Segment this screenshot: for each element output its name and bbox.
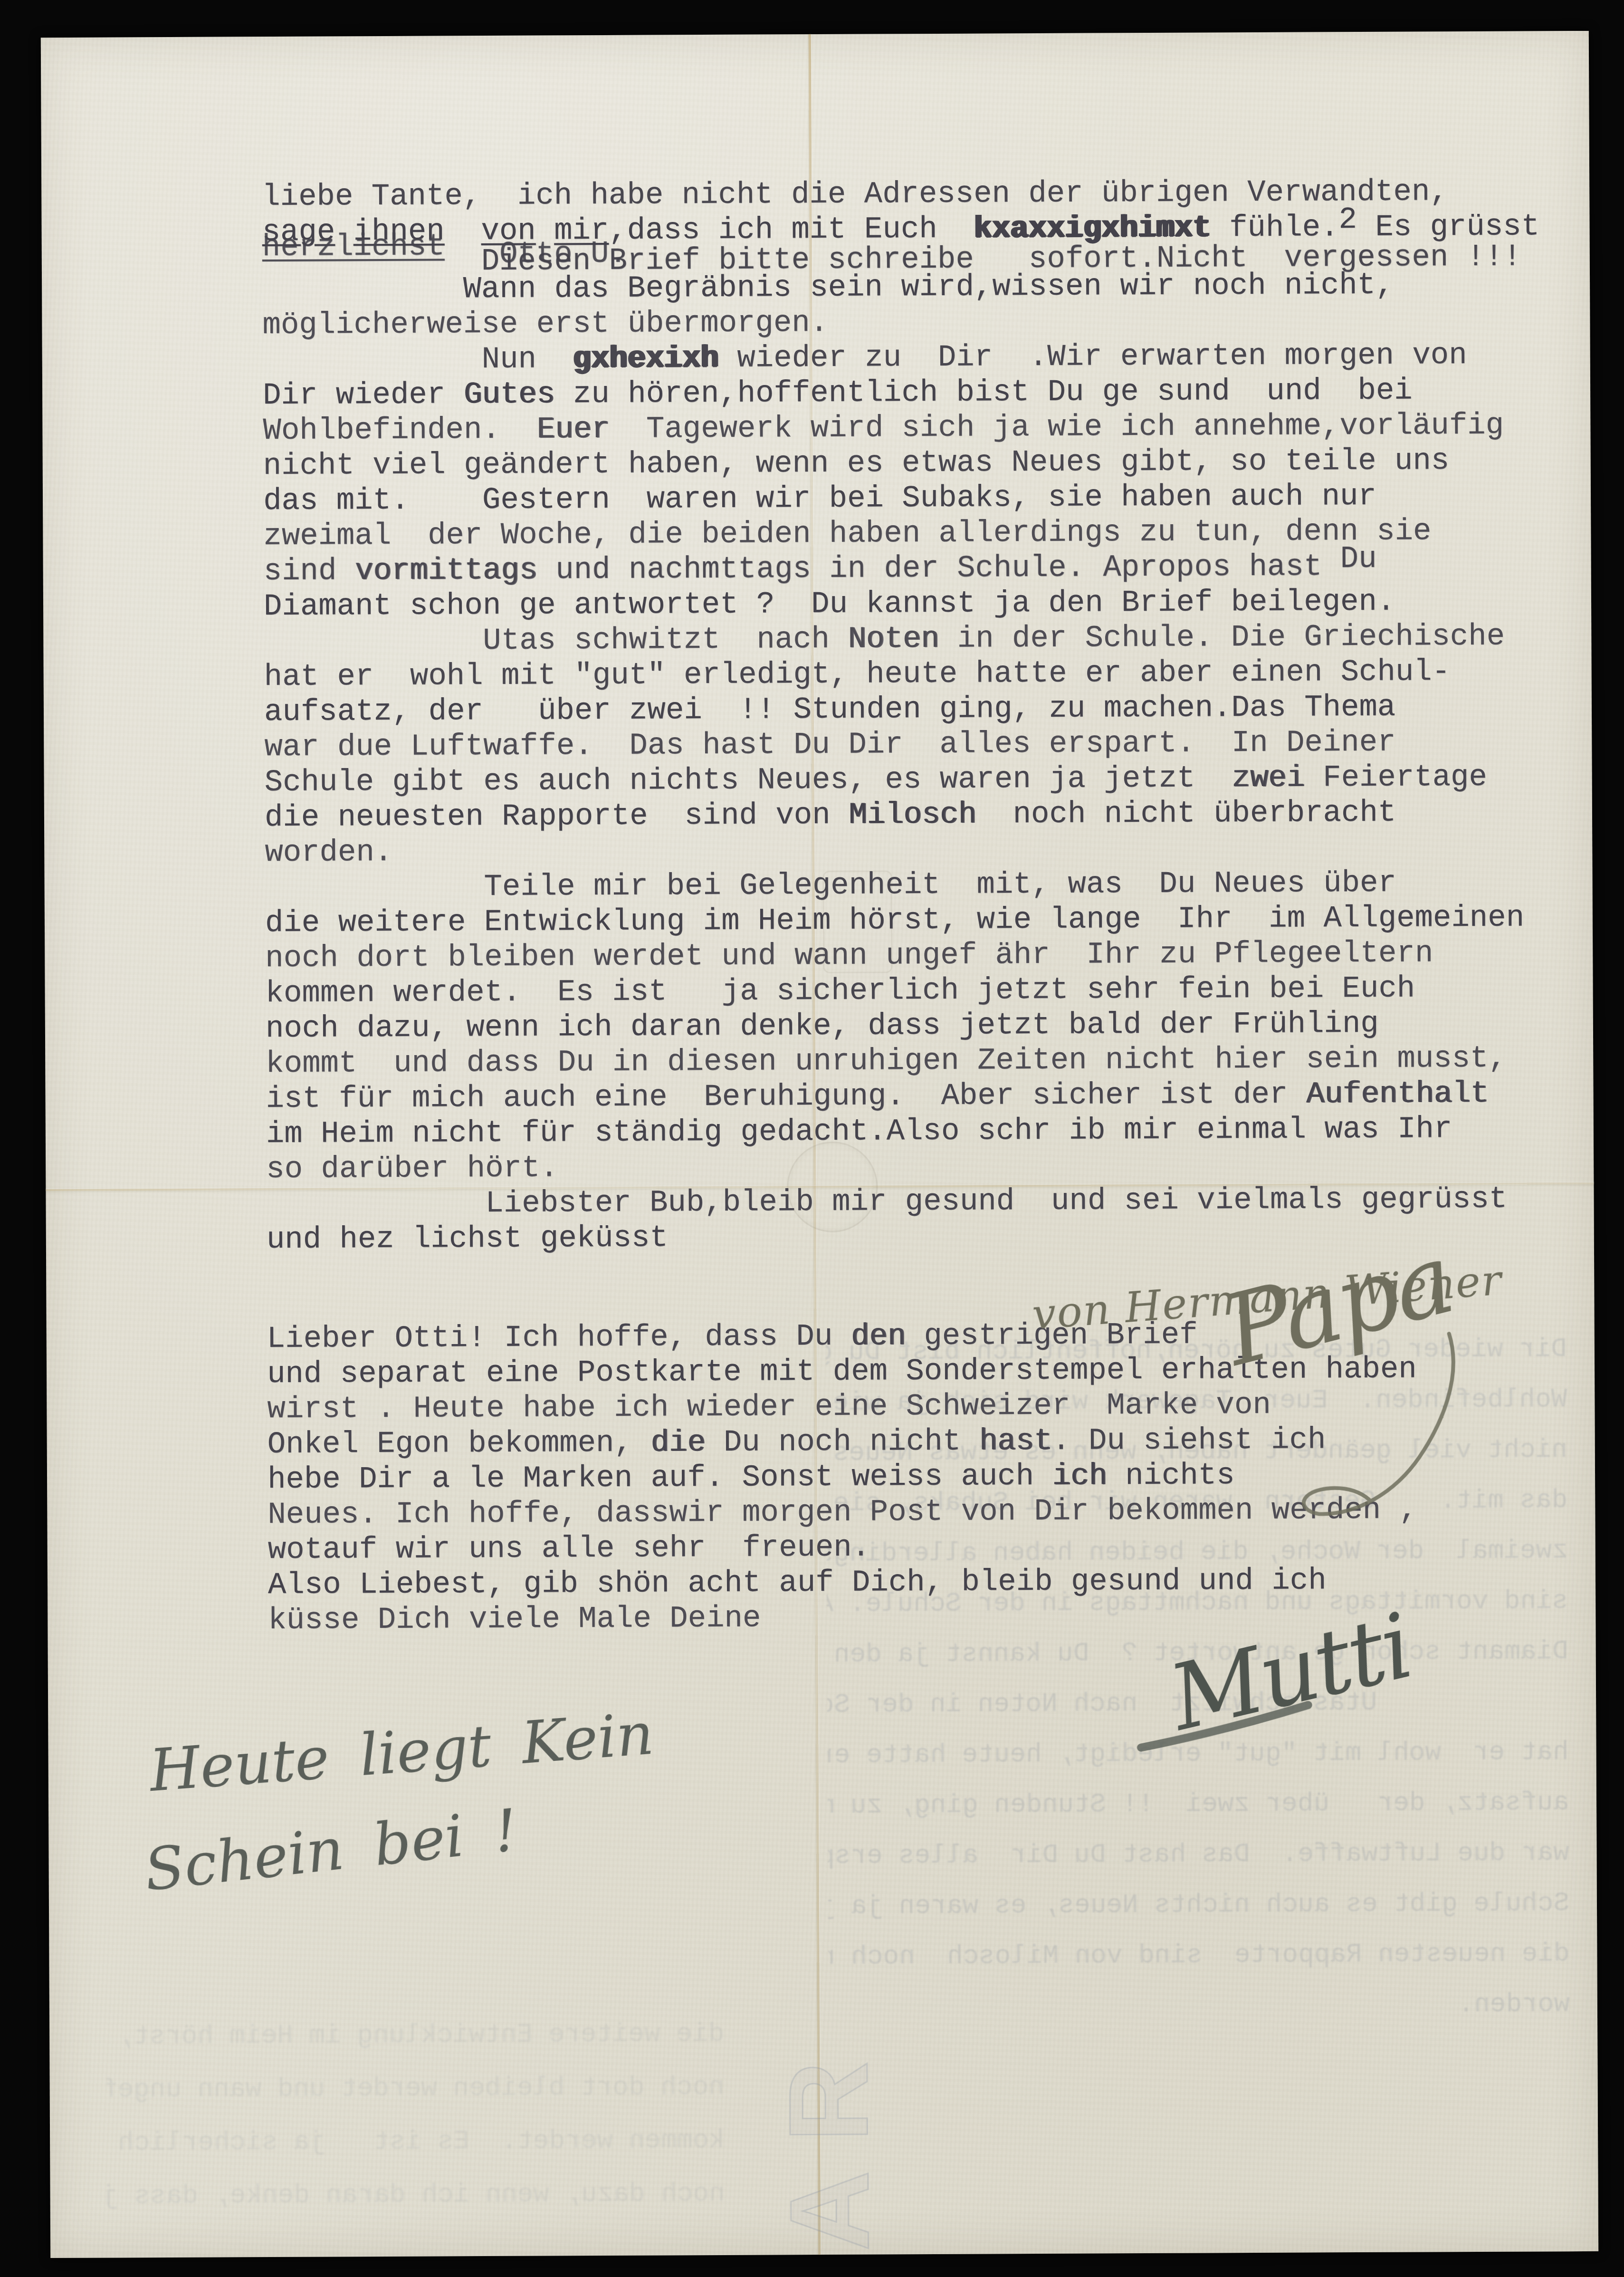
- typed-line: kommen werdet. Es ist ja sicherlich jetz…: [265, 970, 1543, 1011]
- typed-line: noch dort bleiben werdet und wann ungef …: [265, 935, 1543, 976]
- typed-line: so darüber hört.: [266, 1146, 1544, 1187]
- typed-line: das mit. Gestern waren wir bei Subaks, s…: [263, 478, 1541, 519]
- typed-line: Dir wieder Gutes zu hören,hoffentlich bi…: [263, 373, 1540, 413]
- typed-line: hat er wohl mit "gut" erledigt, heute ha…: [264, 654, 1542, 695]
- bleedthrough-line: war due Luftwaffe. Das hast Du Dir alles…: [828, 1827, 1569, 1881]
- typed-line: Also Liebest, gib shön acht auf Dich, bl…: [268, 1563, 1418, 1604]
- typed-line: küsse Dich viele Male Deine: [268, 1598, 1418, 1639]
- handwritten-note-line2: Schein bei !: [141, 1796, 521, 1904]
- bleedthrough-line: kommen werdet. Es ist ja sicherlich jetz…: [107, 2114, 725, 2170]
- bleedthrough-line: Utas schwitzt nach Noten in der Schule. …: [827, 1676, 1568, 1730]
- typed-line: Onkel Egon bekommen, die Du noch nicht h…: [267, 1422, 1417, 1463]
- typed-line: möglicherweise erst übermorgen.: [262, 302, 1540, 343]
- typed-letter-body: liebe Tante, ich habe nicht die Adressen…: [262, 174, 1544, 1258]
- typed-line: Lieber Otti! Ich hoffe, dass Du den gest…: [267, 1317, 1417, 1357]
- typed-line: hebe Dir a le Marken auf. Sonst weiss au…: [267, 1458, 1417, 1498]
- typed-line: Neues. Ich hoffe, dasswir morgen Post vo…: [267, 1493, 1417, 1533]
- typed-line: wotauf wir uns alle sehr freuen.: [268, 1528, 1418, 1568]
- watermark-letter-a: A: [782, 2171, 877, 2252]
- typed-line: im Heim nicht für ständig gedacht.Also s…: [266, 1111, 1544, 1152]
- letter-page: Dir wieder Gutes zu hören,hoffentlich bi…: [41, 31, 1598, 2258]
- typed-line: und separat eine Postkarte mit dem Sonde…: [267, 1352, 1417, 1393]
- typed-line: aufsatz, der über zwei !! Stunden ging, …: [264, 689, 1542, 730]
- typed-line: und hez lichst geküsst: [267, 1217, 1544, 1258]
- typed-line: Schule gibt es auch nichts Neues, es war…: [265, 759, 1542, 800]
- typed-line: Nun gxhexixh wieder zu Dir .Wir erwarten…: [263, 337, 1540, 378]
- scan-background: Dir wieder Gutes zu hören,hoffentlich bi…: [0, 0, 1624, 2277]
- typed-line: die weitere Entwicklung im Heim hörst, w…: [265, 900, 1543, 941]
- typed-line: Diamant schon ge antwortet ? Du kannst j…: [264, 584, 1541, 624]
- mutti-underline-flourish: [1141, 1705, 1308, 1748]
- bleedthrough-line: die neuesten Rapporte sind von Milosch n…: [828, 1928, 1569, 1982]
- typed-line: worden.: [265, 830, 1542, 871]
- typed-line: war due Luftwaffe. Das hast Du Dir alles…: [264, 724, 1542, 765]
- typed-line: nicht viel geändert haben, wenn es etwas…: [263, 443, 1541, 484]
- bleedthrough-line: Schule gibt es auch nichts Neues, es war…: [828, 1878, 1569, 1931]
- typed-line: ist für mich auch eine Beruhigung. Aber …: [266, 1076, 1543, 1117]
- typed-postscript: Lieber Otti! Ich hoffe, dass Du den gest…: [267, 1317, 1418, 1639]
- bleedthrough-line: noch dazu, wenn ich daran denke, dass je…: [107, 2167, 725, 2223]
- watermark-letter-r: R: [781, 2061, 877, 2142]
- bleedthrough-line: hat er wohl mit "gut" erledigt, heute ha…: [827, 1727, 1568, 1780]
- paper-watermark: R A: [762, 2054, 896, 2258]
- typed-line: die neuesten Rapporte sind von Milosch n…: [265, 795, 1542, 836]
- typed-line: kommt und dass Du in diesen unruhigen Ze…: [266, 1041, 1543, 1082]
- bleedthrough-line: noch dort bleiben werdet und wann ungef …: [106, 2060, 724, 2116]
- typed-line: wirst . Heute habe ich wieder eine Schwe…: [267, 1387, 1417, 1428]
- typed-line: Teile mir bei Gelegenheit mit, was Du Ne…: [265, 865, 1542, 906]
- bleedthrough-line: worden.: [829, 1979, 1570, 2032]
- typed-line: Diesen Brief bitte schreibe sofort.Nicht…: [262, 240, 1540, 280]
- typed-line: sind vormittags und nachmttags in der Sc…: [264, 548, 1541, 589]
- typed-line: Liebster Bub,bleib mir gesund und sei vi…: [266, 1182, 1544, 1222]
- handwritten-note-line1: Heute liegt Kein: [147, 1700, 656, 1805]
- typed-line: Utas schwitzt nach Noten in der Schule. …: [264, 619, 1541, 660]
- bleedthrough-line: die weitere Entwicklung im Heim hörst, w…: [106, 2007, 724, 2063]
- typed-line: noch dazu, wenn ich daran denke, dass je…: [266, 1006, 1543, 1047]
- typed-line: Wohlbefinden. Euer Tagewerk wird sich ja…: [263, 408, 1540, 449]
- bleedthrough-text-lower: die weitere Entwicklung im Heim hörst, w…: [106, 2007, 725, 2238]
- bleedthrough-line: aufsatz, der über zwei !! Stunden ging, …: [828, 1777, 1569, 1831]
